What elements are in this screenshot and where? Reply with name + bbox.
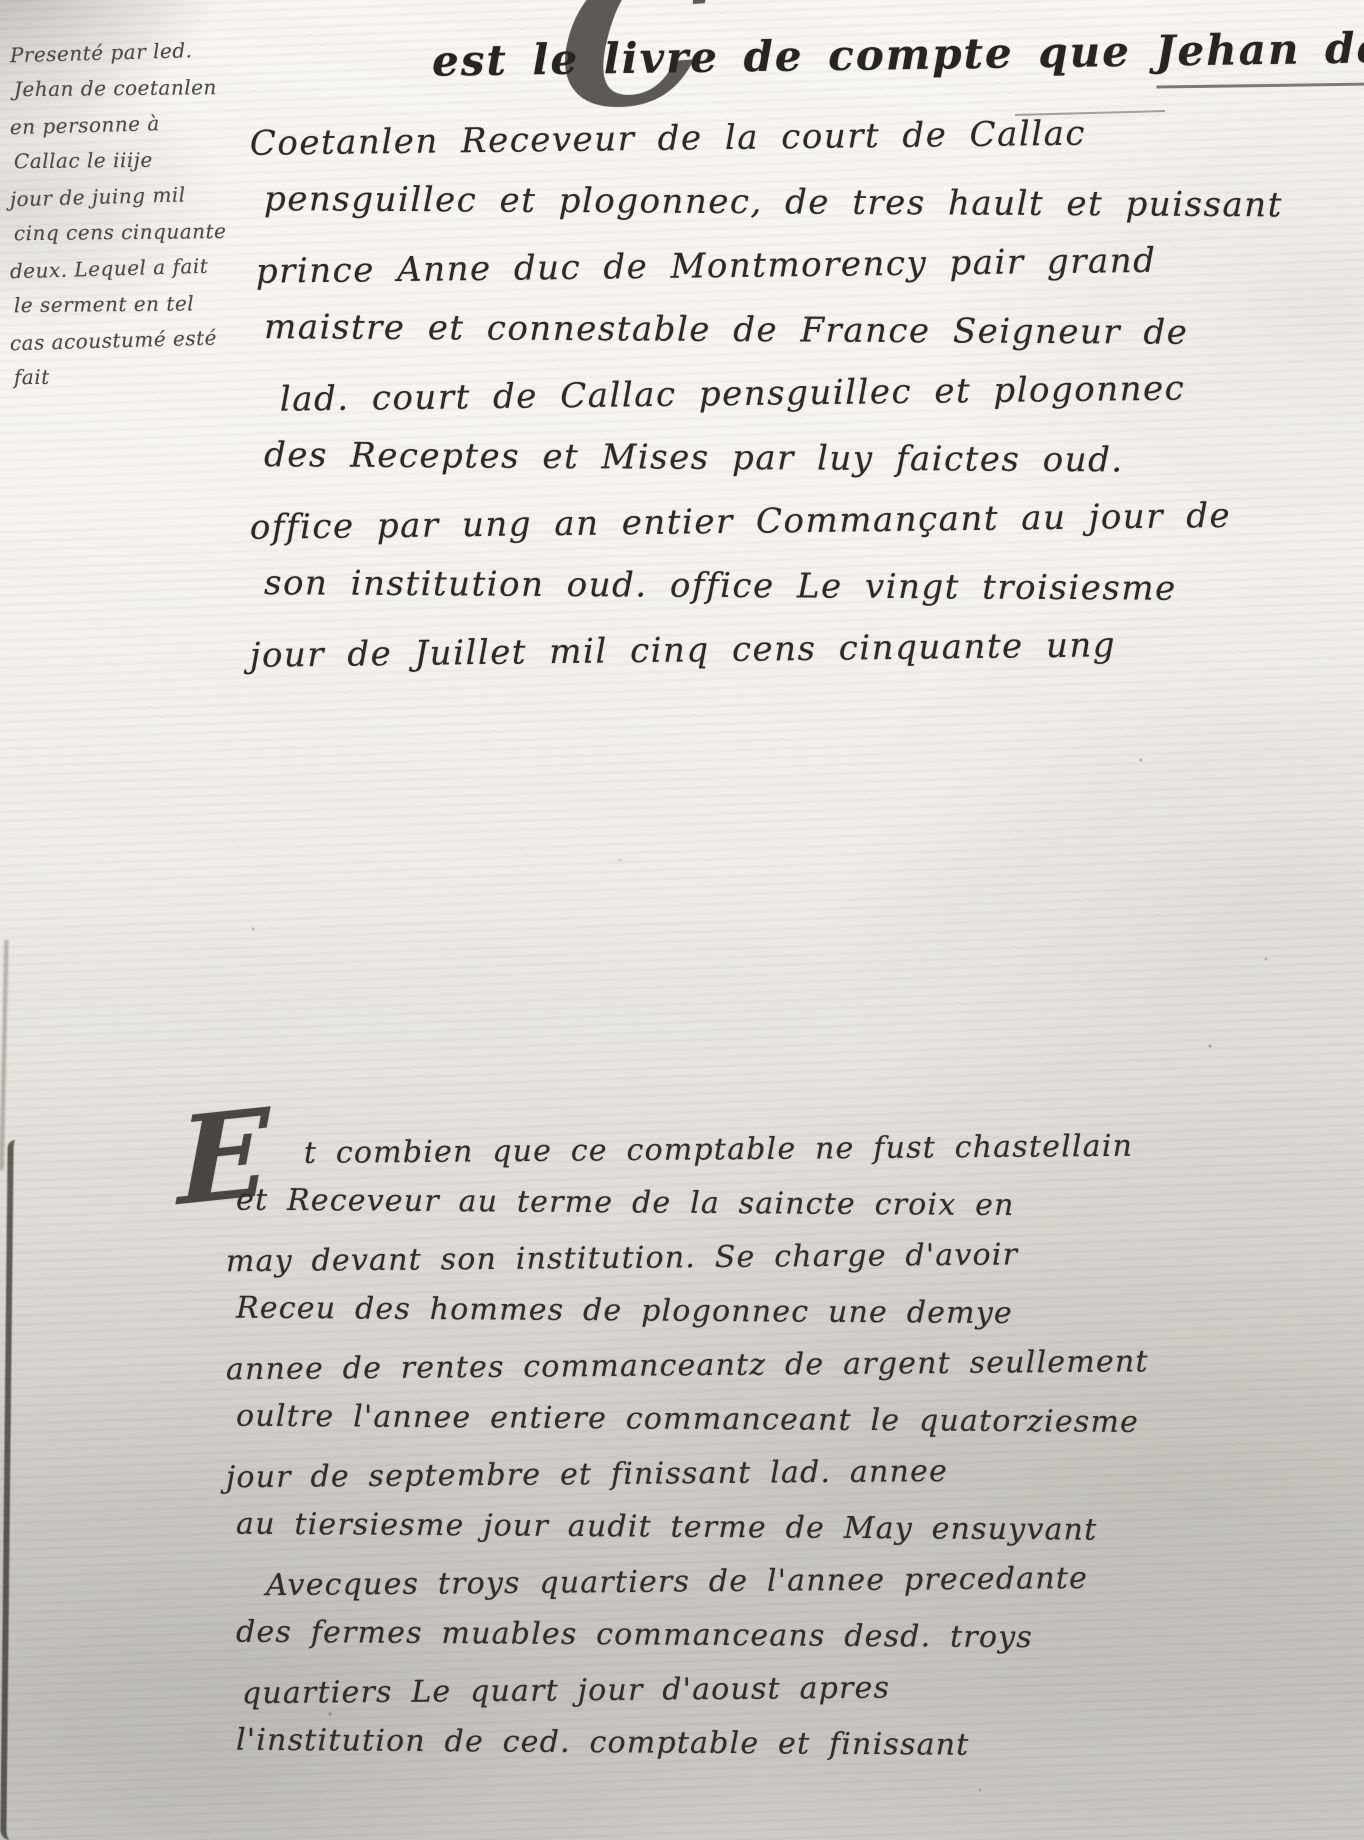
manuscript-line: son institution oud. office Le vingt tro… (264, 563, 1200, 633)
margin-note-line: Presenté par led. (10, 37, 246, 80)
margin-note-line: Jehan de coetanlen (14, 75, 245, 113)
manuscript-line: jour de septembre et finissant lad. anne… (226, 1452, 1206, 1515)
margin-note: Presenté par led. Jehan de coetanlen en … (10, 40, 245, 400)
manuscript-line: jour de Juillet mil cinq cens cinquante … (250, 624, 1201, 700)
manuscript-line: oultre l'annee entiere commanceant le qu… (236, 1399, 1206, 1460)
manuscript-line: Receu des hommes de plogonnec une demye (236, 1291, 1206, 1352)
margin-note-line: Callac le iiije (14, 147, 245, 185)
manuscript-line: Coetanlen Receveur de la court de Callac (250, 112, 1201, 188)
manuscript-line: office par ung an entier Commançant au j… (250, 496, 1201, 572)
charge-paragraph: t combien que ce comptable ne fust chast… (226, 1132, 1206, 1780)
margin-note-line: fait (14, 363, 245, 401)
manuscript-line: des fermes muables commanceans desd. tro… (236, 1615, 1206, 1676)
manuscript-line: maistre et connestable de France Seigneu… (264, 307, 1200, 377)
manuscript-line: des Receptes et Mises par luy faictes ou… (264, 435, 1200, 505)
manuscript-line: annee de rentes commanceantz de argent s… (226, 1344, 1206, 1407)
margin-note-line: jour de juing mil (10, 181, 246, 224)
page-title-underlined-name: Jehan de (1155, 23, 1364, 88)
manuscript-line: lad. court de Callac pensguillec et plog… (280, 368, 1201, 443)
book-binding-edge (0, 1140, 27, 1840)
margin-note-line: en personne à (10, 109, 246, 152)
manuscript-line: prince Anne duc de Montmorency pair gran… (256, 240, 1201, 316)
book-binding-edge-faint (0, 940, 16, 1170)
manuscript-line: pensguillec et plogonnec, de tres hault … (264, 179, 1200, 249)
page-title-main: est le livre de compte que (432, 27, 1156, 86)
manuscript-line: l'institution de ced. comptable et finis… (236, 1723, 1206, 1784)
manuscript-line: au tiersiesme jour audit terme de May en… (236, 1507, 1206, 1568)
margin-note-line: cinq cens cinquante (14, 219, 245, 257)
manuscript-line: t combien que ce comptable ne fust chast… (304, 1128, 1206, 1190)
manuscript-line: may devant son institution. Se charge d'… (226, 1236, 1206, 1299)
manuscript-line: quartiers Le quart jour d'aoust apres (242, 1668, 1206, 1730)
margin-note-line: deux. Lequel a fait (10, 253, 246, 296)
preamble-paragraph: Coetanlen Receveur de la court de Callac… (250, 118, 1200, 694)
margin-note-line: cas acoustumé esté (10, 325, 246, 368)
margin-note-line: le serment en tel (14, 291, 245, 329)
manuscript-line: et Receveur au terme de la saincte croix… (236, 1183, 1206, 1244)
manuscript-page: C est le livre de compte que Jehan de Pr… (0, 0, 1364, 1840)
manuscript-line: Avecques troys quartiers de l'annee prec… (266, 1560, 1206, 1622)
